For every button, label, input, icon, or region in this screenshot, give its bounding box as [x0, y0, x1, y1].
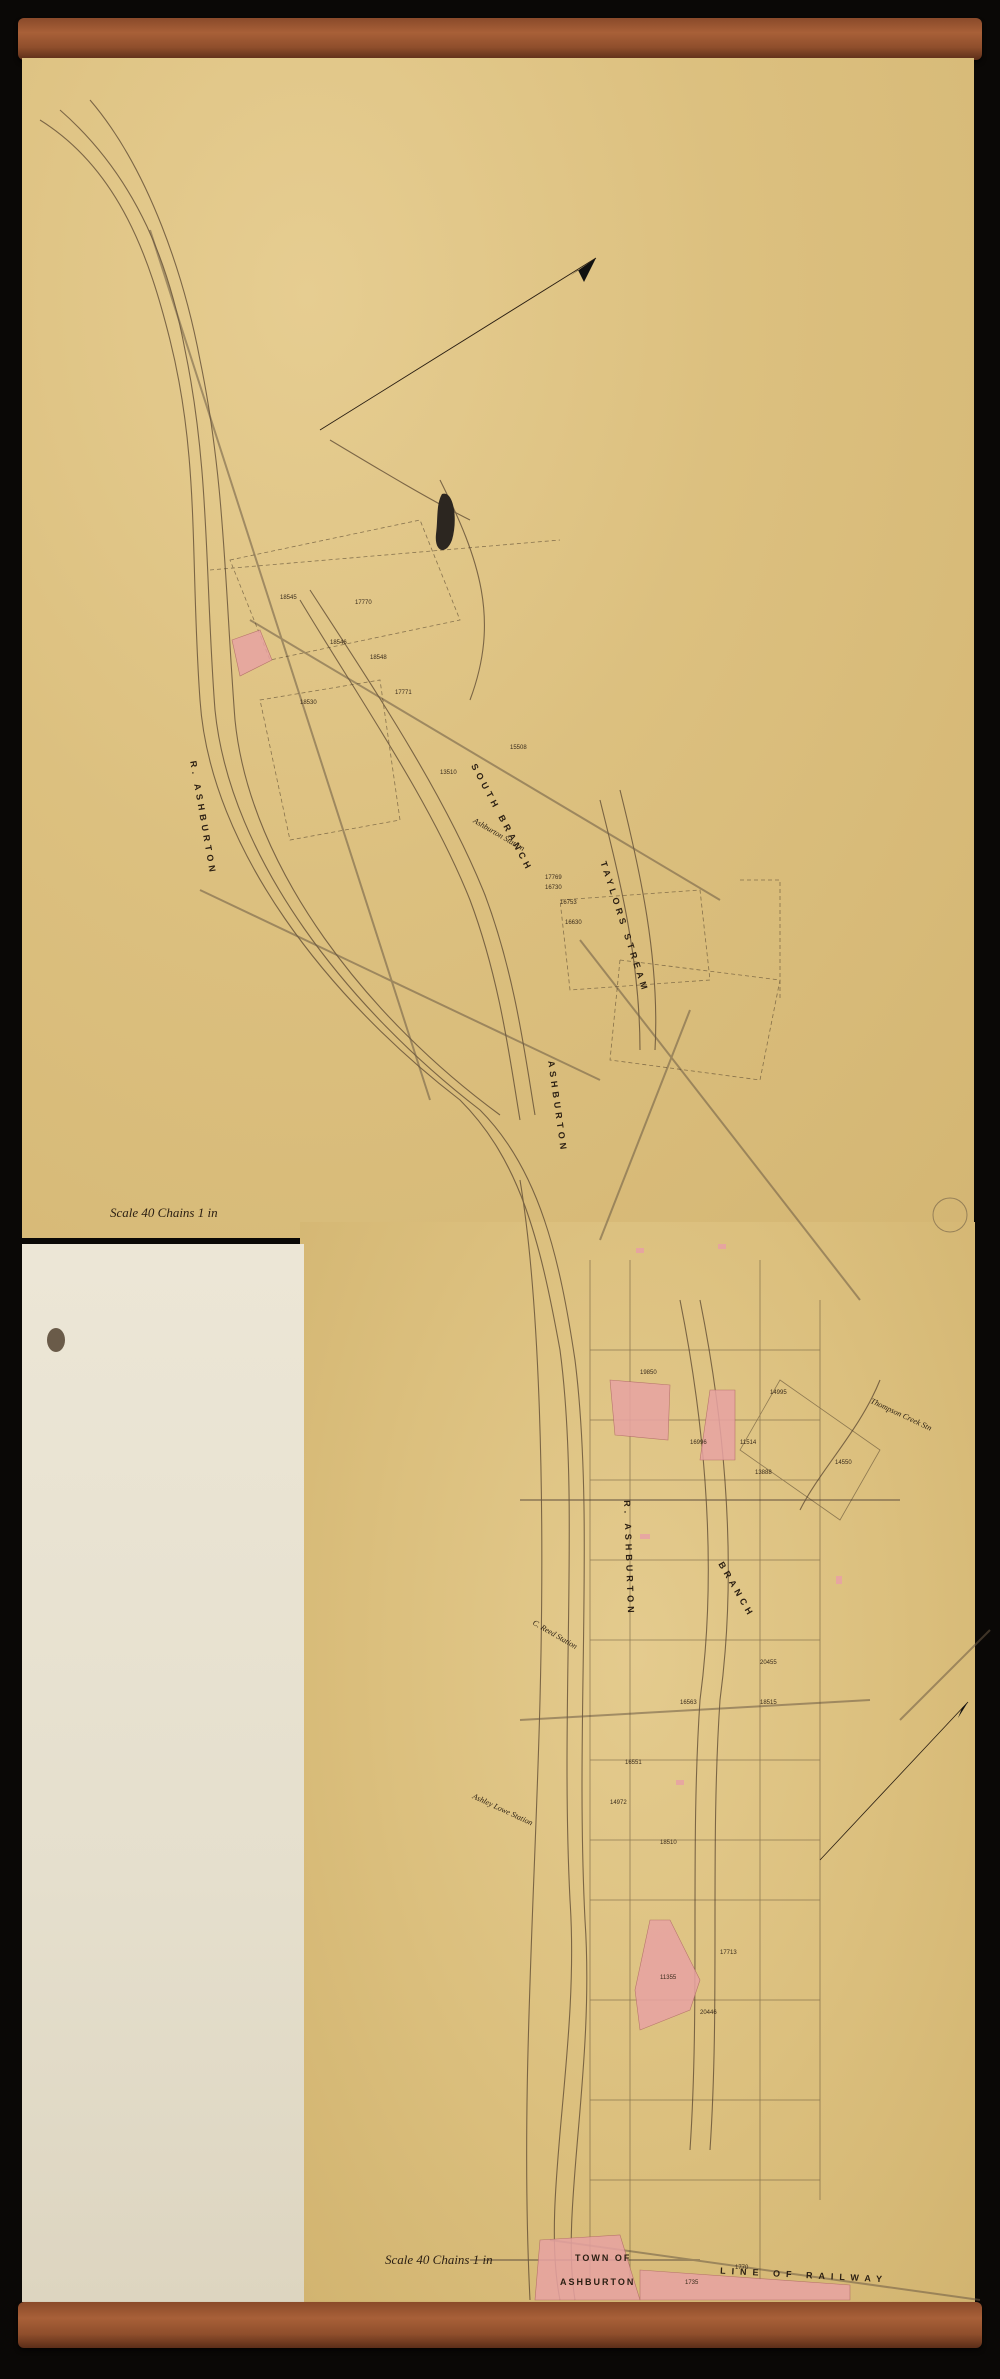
- section-number: 18515: [760, 1700, 777, 1706]
- section-number: 17713: [720, 1950, 737, 1956]
- scale-label-lower: Scale 40 Chains 1 in: [385, 2252, 493, 2268]
- section-number: 17771: [395, 690, 412, 696]
- section-number: 14972: [610, 1800, 627, 1806]
- town-label-line2: ASHBURTON: [560, 2277, 635, 2287]
- north-arrow-icon: [320, 258, 596, 430]
- section-number: 16730: [545, 885, 562, 891]
- section-number: 1735: [685, 2280, 698, 2286]
- section-number: 13510: [440, 770, 457, 776]
- reserve-town: [535, 2235, 640, 2300]
- section-number: 20446: [700, 2010, 717, 2016]
- section-number: 20455: [760, 1660, 777, 1666]
- section-number: 17770: [355, 600, 372, 606]
- section-number: 14995: [770, 1390, 787, 1396]
- reserve-mid-right: [700, 1390, 735, 1460]
- scale-label-upper: Scale 40 Chains 1 in: [110, 1205, 218, 1221]
- section-number: 17769: [545, 875, 562, 881]
- section-number: 19850: [640, 1370, 657, 1376]
- section-number: 13888: [755, 1470, 772, 1476]
- lake: [436, 494, 455, 550]
- section-number: 11355: [660, 1975, 676, 1981]
- section-number: 16630: [565, 920, 582, 926]
- reserve-mid-left: [610, 1380, 670, 1440]
- section-number: 18545: [280, 595, 297, 601]
- section-number: 11514: [740, 1440, 756, 1446]
- section-number: 18510: [660, 1840, 677, 1846]
- section-number: 18530: [300, 700, 317, 706]
- map-linework: [0, 0, 1000, 2379]
- reserve-upper: [232, 630, 272, 676]
- section-number: 1770: [735, 2265, 748, 2271]
- section-number: 18548: [370, 655, 387, 661]
- bottom-roller: [18, 2302, 982, 2348]
- seal-stamp: [933, 1198, 967, 1232]
- section-number: 16996: [690, 1440, 707, 1446]
- section-number: 16551: [625, 1760, 642, 1766]
- section-number: 18546: [330, 640, 347, 646]
- section-number: 15508: [510, 745, 527, 751]
- section-number: 14550: [835, 1460, 852, 1466]
- section-number: 16753: [560, 900, 577, 906]
- section-number: 16563: [680, 1700, 697, 1706]
- town-label-line1: TOWN OF: [575, 2253, 631, 2263]
